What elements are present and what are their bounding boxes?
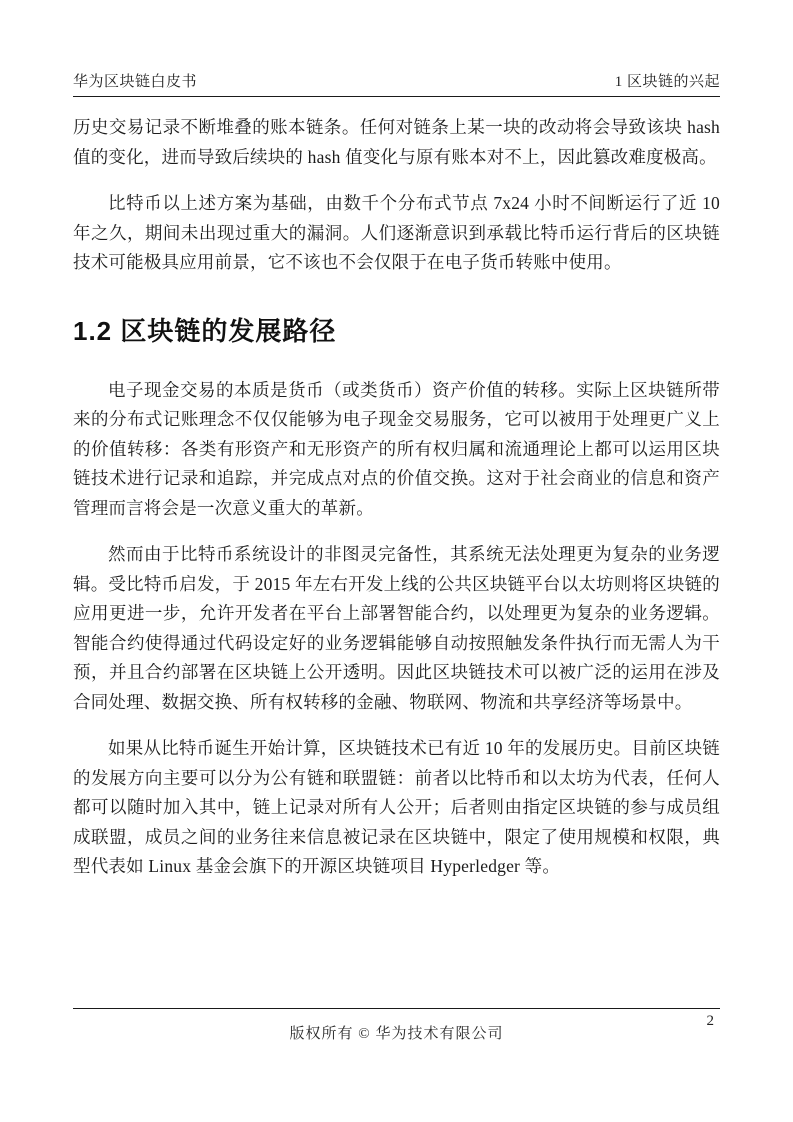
paragraph-smart-contracts: 然而由于比特币系统设计的非图灵完备性，其系统无法处理更为复杂的业务逻辑。受比特币…	[73, 540, 720, 717]
paragraph-bitcoin-foundation: 比特币以上述方案为基础，由数千个分布式节点 7x24 小时不间断运行了近 10 …	[73, 189, 720, 278]
header-chapter-title: 1 区块链的兴起	[615, 74, 720, 91]
whitepaper-page: 华为区块链白皮书 1 区块链的兴起 历史交易记录不断堆叠的账本链条。任何对链条上…	[0, 0, 793, 1122]
header-document-title: 华为区块链白皮书	[73, 74, 197, 91]
paragraph-value-transfer: 电子现金交易的本质是货币（或类货币）资产价值的转移。实际上区块链所带来的分布式记…	[73, 376, 720, 524]
document-page: { "header": { "left_title": "华为区块链白皮书", …	[0, 0, 793, 1122]
section-heading-1-2: 1.2 区块链的发展路径	[73, 314, 720, 348]
copyright-notice: 版权所有 © 华为技术有限公司	[73, 1022, 720, 1043]
paragraph-ledger-chain: 历史交易记录不断堆叠的账本链条。任何对链条上某一块的改动将会导致该块 hash …	[73, 113, 720, 172]
paragraph-public-consortium-chains: 如果从比特币诞生开始计算，区块链技术已有近 10 年的发展历史。目前区块链的发展…	[73, 734, 720, 882]
page-number: 2	[707, 1013, 715, 1030]
page-header: 华为区块链白皮书 1 区块链的兴起	[73, 74, 720, 97]
page-body: 历史交易记录不断堆叠的账本链条。任何对链条上某一块的改动将会导致该块 hash …	[73, 113, 720, 882]
page-footer: 2 版权所有 © 华为技术有限公司	[73, 1008, 720, 1043]
